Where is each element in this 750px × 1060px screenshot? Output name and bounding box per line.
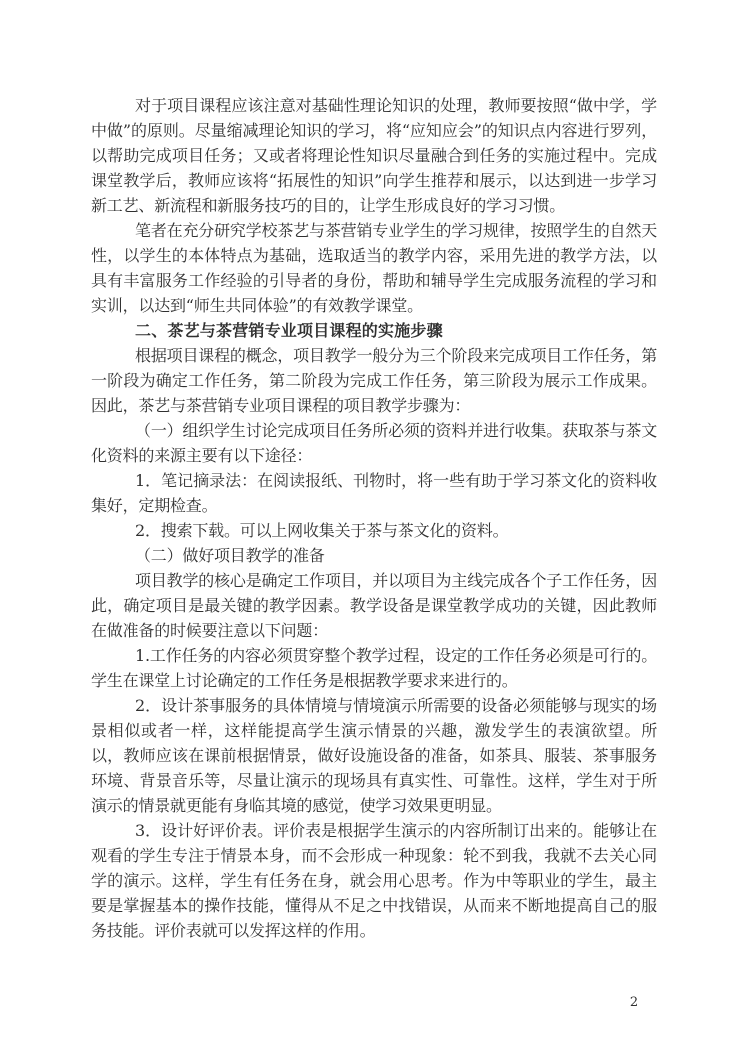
- paragraph-three-stages: 根据项目课程的概念，项目教学一般分为三个阶段来完成项目工作任务，第一阶段为确定工…: [91, 343, 657, 418]
- list-item-task-feasibility: 1.工作任务的内容必须贯穿整个教学过程，设定的工作任务必须是可行的。学生在课堂上…: [91, 643, 657, 693]
- paragraph-author-approach: 笔者在充分研究学校茶艺与茶营销专业学生的学习规律，按照学生的自然天性，以学生的本…: [91, 218, 657, 318]
- paragraph-step-one-collect: （一）组织学生讨论完成项目任务所必须的资料并进行收集。获取茶与茶文化资料的来源主…: [91, 418, 657, 468]
- list-item-evaluation-form: 3．设计好评价表。评价表是根据学生演示的内容所制订出来的。能够让在观看的学生专注…: [91, 818, 657, 943]
- section-heading-implementation: 二、茶艺与茶营销专业项目课程的实施步骤: [91, 318, 657, 343]
- document-page: 对于项目课程应该注意对基础性理论知识的处理，教师要按照“做中学，学中做”的原则。…: [0, 0, 750, 1060]
- page-number: 2: [624, 995, 644, 1010]
- list-item-search-download: 2．搜索下载。可以上网收集关于茶与茶文化的资料。: [91, 518, 657, 543]
- list-item-scene-equipment: 2．设计茶事服务的具体情境与情境演示所需要的设备必须能够与现实的场景相似或者一样…: [91, 693, 657, 818]
- paragraph-theory-knowledge: 对于项目课程应该注意对基础性理论知识的处理，教师要按照“做中学，学中做”的原则。…: [91, 93, 657, 218]
- list-item-note-taking: 1．笔记摘录法：在阅读报纸、刊物时，将一些有助于学习茶文化的资料收集好，定期检查…: [91, 468, 657, 518]
- paragraph-step-two-prepare: （二）做好项目教学的准备: [91, 543, 657, 568]
- paragraph-project-core: 项目教学的核心是确定工作项目，并以项目为主线完成各个子工作任务，因此，确定项目是…: [91, 568, 657, 643]
- document-body: 对于项目课程应该注意对基础性理论知识的处理，教师要按照“做中学，学中做”的原则。…: [91, 93, 657, 943]
